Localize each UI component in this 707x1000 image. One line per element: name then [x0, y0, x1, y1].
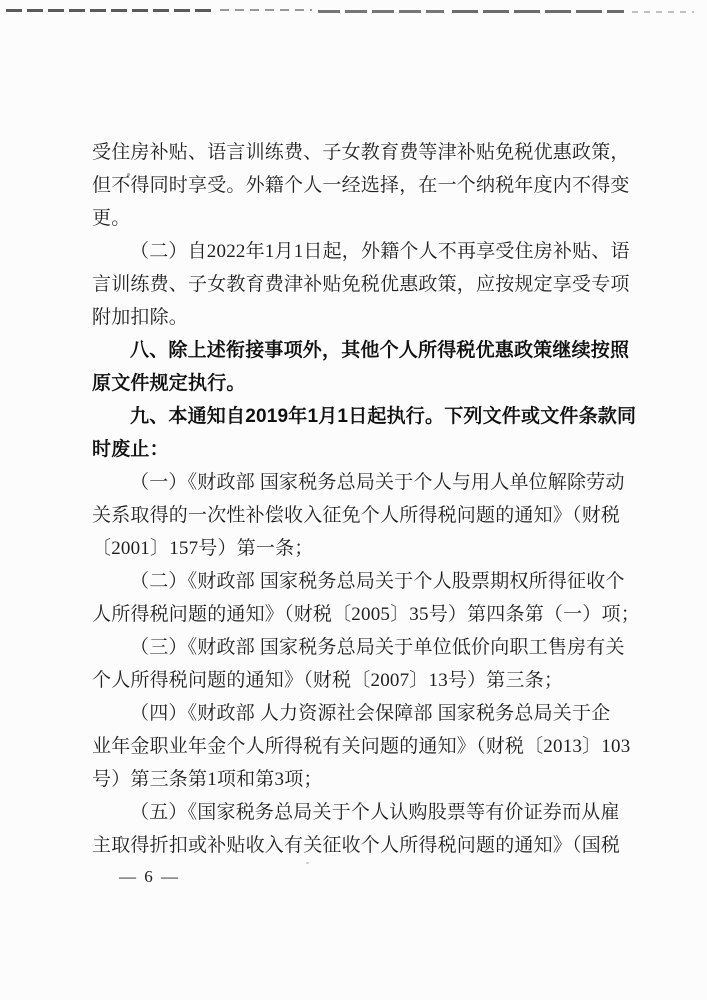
document-line: 业年金职业年金个人所得税有关问题的通知》（财税〔2013〕103: [92, 730, 632, 763]
document-line: （四）《财政部 人力资源社会保障部 国家税务总局关于企: [92, 697, 632, 730]
document-line: 八、除上述衔接事项外，其他个人所得税优惠政策继续按照: [92, 334, 632, 367]
document-line: 关系取得的一次性补偿收入征免个人所得税问题的通知》（财税: [92, 499, 632, 532]
document-line: 受住房补贴、语言训练费、子女教育费等津补贴免税优惠政策，: [92, 136, 632, 169]
document-line: 时废止：: [92, 433, 632, 466]
scan-artifact-line: [632, 11, 694, 13]
document-line: （一）《财政部 国家税务总局关于个人与用人单位解除劳动: [92, 466, 632, 499]
document-line: 原文件规定执行。: [92, 367, 632, 400]
document-line: （二）《财政部 国家税务总局关于个人股票期权所得征收个: [92, 565, 632, 598]
document-line: 人所得税问题的通知》（财税〔2005〕35号）第四条第（一）项；: [92, 598, 632, 631]
document-line: （三）《财政部 国家税务总局关于单位低价向职工售房有关: [92, 631, 632, 664]
document-line: 更。: [92, 202, 632, 235]
page-number: — 6 —: [119, 864, 180, 890]
document-line: 主取得折扣或补贴收入有关征收个人所得税问题的通知》（国税: [92, 829, 632, 862]
document-line: （二）自2022年1月1日起，外籍个人不再享受住房补贴、语: [92, 235, 632, 268]
document-text: 受住房补贴、语言训练费、子女教育费等津补贴免税优惠政策，但不得同时享受。外籍个人…: [92, 136, 632, 862]
document-line: （五）《国家税务总局关于个人认购股票等有价证券而从雇: [92, 796, 632, 829]
document-page: 受住房补贴、语言训练费、子女教育费等津补贴免税优惠政策，但不得同时享受。外籍个人…: [0, 0, 707, 1000]
document-line: 〔2001〕157号）第一条；: [92, 532, 632, 565]
document-line: 附加扣除。: [92, 301, 632, 334]
scan-speck: [306, 862, 309, 864]
document-line: 言训练费、子女教育费津补贴免税优惠政策，应按规定享受专项: [92, 268, 632, 301]
scan-artifact-line: [220, 9, 312, 11]
document-line: 号）第三条第1项和第3项；: [92, 763, 632, 796]
scan-artifact-line: [6, 9, 212, 12]
scan-artifact-line: [318, 10, 444, 13]
document-line: 但不得同时享受。外籍个人一经选择，在一个纳税年度内不得变: [92, 169, 632, 202]
document-line: 个人所得税问题的通知》（财税〔2007〕13号）第三条；: [92, 664, 632, 697]
document-line: 九、本通知自2019年1月1日起执行。下列文件或文件条款同: [92, 400, 632, 433]
scan-artifact-line: [452, 10, 624, 13]
